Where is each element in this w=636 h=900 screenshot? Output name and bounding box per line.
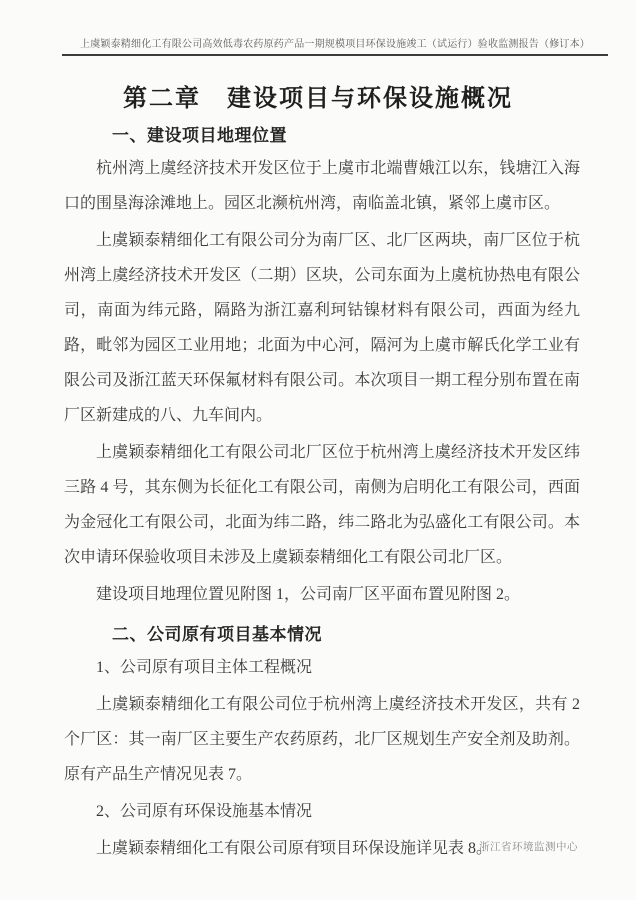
document-page: 上虞颖泰精细化工有限公司高效低毒农药原药产品一期规模项目环保设施竣工（试运行）验… <box>0 0 636 900</box>
chapter-title: 第二章 建设项目与环保设施概况 <box>0 78 636 113</box>
section-heading-2: 二、公司原有项目基本情况 <box>112 622 580 648</box>
body-paragraph: 上虞颖泰精细化工有限公司北厂区位于杭州湾上虞经济技术开发区纬三路 4 号，其东侧… <box>64 435 580 575</box>
subsection-label-2: 2、公司原有环保设施基本情况 <box>64 794 580 829</box>
section-heading-1: 一、建设项目地理位置 <box>112 123 580 149</box>
document-body: 一、建设项目地理位置 杭州湾上虞经济技术开发区位于上虞市北端曹娥江以东，钱塘江入… <box>64 123 580 866</box>
body-paragraph: 建设项目地理位置见附图 1，公司南厂区平面布置见附图 2。 <box>64 577 580 612</box>
footer-organization: 浙江省环境监测中心 <box>479 839 578 854</box>
running-header: 上虞颖泰精细化工有限公司高效低毒农药原药产品一期规模项目环保设施竣工（试运行）验… <box>62 38 608 56</box>
body-paragraph: 上虞颖泰精细化工有限公司位于杭州湾上虞经济技术开发区，共有 2 个厂区：其一南厂… <box>64 687 580 792</box>
body-paragraph: 上虞颖泰精细化工有限公司分为南厂区、北厂区两块，南厂区位于杭州湾上虞经济技术开发… <box>64 223 580 433</box>
body-paragraph: 杭州湾上虞经济技术开发区位于上虞市北端曹娥江以东，钱塘江入海口的围垦海涂滩地上。… <box>64 151 580 221</box>
subsection-label-1: 1、公司原有项目主体工程概况 <box>64 650 580 685</box>
